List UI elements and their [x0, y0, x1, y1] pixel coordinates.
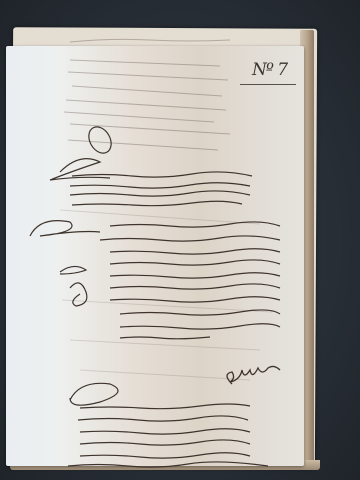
signature — [227, 366, 280, 384]
margin-flourish-icon — [70, 283, 87, 306]
initial-flourish-icon — [70, 383, 118, 405]
handwriting-ink — [0, 0, 360, 480]
bleed-through-text — [60, 39, 272, 380]
middle-paragraph — [30, 221, 280, 339]
initial-flourish-icon — [30, 221, 100, 236]
opening-paragraph — [50, 123, 252, 206]
initial-flourish-icon — [84, 123, 115, 157]
margin-note — [60, 266, 86, 274]
closing-paragraph — [68, 383, 268, 467]
